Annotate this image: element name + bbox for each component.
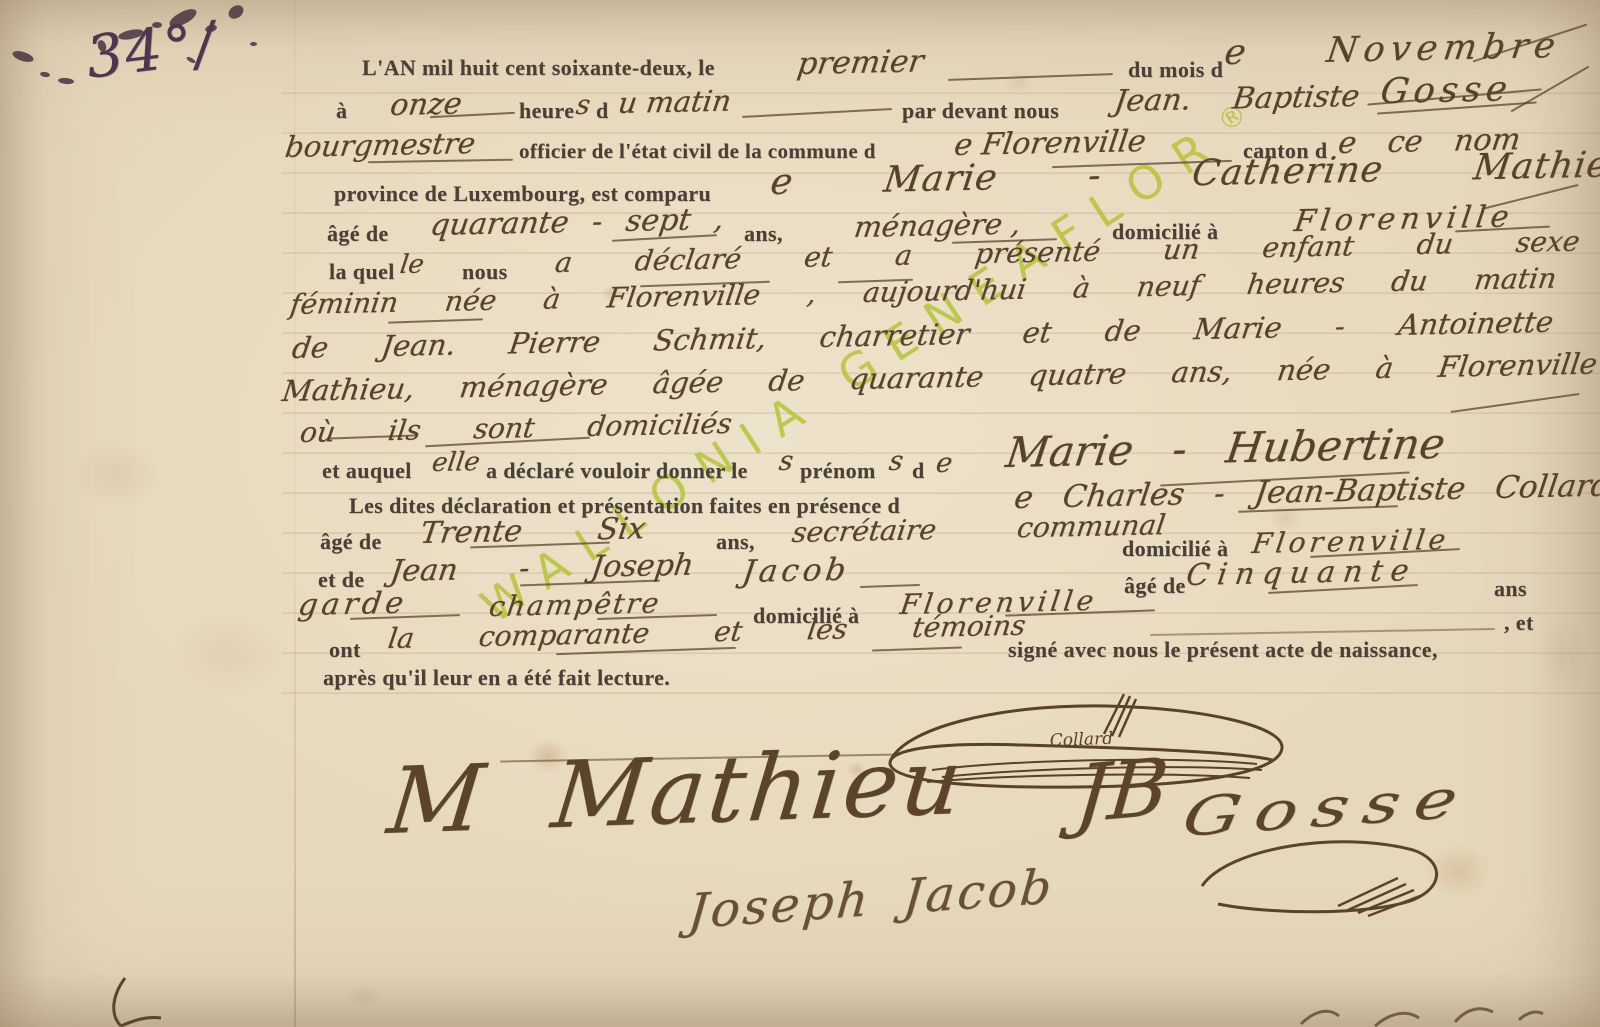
ink-smudge xyxy=(58,77,74,84)
stain xyxy=(58,428,178,520)
signature-witness: Joseph Jacob xyxy=(686,859,1057,940)
hw-child-name: Marie - Hubertine xyxy=(1003,419,1448,477)
ink-smudge xyxy=(40,71,51,78)
document-scan: WALLONIA GENEAFLOR® 34°/ L'AN mil huit c… xyxy=(0,0,1600,1027)
signature-mother: M Mathieu xyxy=(383,728,970,855)
ink-smudge xyxy=(11,49,35,64)
print-et-auquel: et auquel xyxy=(322,458,412,484)
print-age-de-3: âgé de xyxy=(1124,573,1186,599)
print-nous: nous xyxy=(462,259,508,285)
record-number: 34°/ xyxy=(82,8,220,91)
print-donner-le: a déclaré vouloir donner le xyxy=(486,458,748,484)
page-edge-writing xyxy=(95,976,165,1027)
print-age-de-2: âgé de xyxy=(320,529,382,555)
print-ans-3: ans xyxy=(1494,576,1527,602)
signature-mayor-initials: JB xyxy=(1072,740,1172,841)
print-et: , et xyxy=(1504,610,1534,636)
print-a: à xyxy=(336,98,347,124)
print-par-devant-nous: par devant nous xyxy=(902,98,1059,124)
print-d: d xyxy=(596,98,609,124)
ink-smudge xyxy=(250,42,257,46)
page-edge-writing xyxy=(1295,1000,1545,1027)
hw-officer-firstnames: Jean. Baptiste xyxy=(1112,79,1362,119)
signature-flourish xyxy=(1188,826,1448,918)
print-ont: ont xyxy=(329,637,361,663)
hw-elle: elle xyxy=(430,447,482,478)
print-du-mois: du mois d xyxy=(1128,57,1223,83)
print-ans-2: ans, xyxy=(716,529,755,555)
hw-officer-title: bourgmestre xyxy=(283,126,478,164)
print-laquelle: la quel xyxy=(329,259,395,285)
hw-witness2-surname: Jacob xyxy=(740,552,852,590)
ink-smudge xyxy=(226,2,246,21)
print-lecture: après qu'il leur en a été fait lecture. xyxy=(323,665,670,691)
hw-hour: onze xyxy=(388,87,464,123)
stain xyxy=(338,980,390,1012)
print-heure: heure xyxy=(519,98,574,124)
print-year-line: L'AN mil huit cent soixante-deux, le xyxy=(362,55,715,81)
hw-day: premier xyxy=(795,43,926,82)
print-prenom: prénom xyxy=(800,458,876,484)
print-d-2: d xyxy=(912,458,925,484)
hw-time-of-day: u matin xyxy=(616,84,733,120)
hw-laquelle-suffix: le xyxy=(398,250,426,280)
print-signe-acte: signé avec nous le présent acte de naiss… xyxy=(1008,637,1438,663)
print-age-de: âgé de xyxy=(327,221,389,247)
